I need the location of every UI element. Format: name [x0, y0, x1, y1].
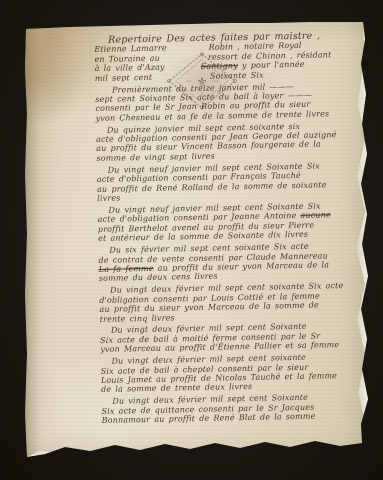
- entry-6: Du vingt deux février mil sept cent soix…: [99, 281, 368, 324]
- scanned-background: ⚜ Repertoire Des actes faites par maistr…: [0, 0, 383, 480]
- header-line-5-right: Soixante Six: [210, 70, 264, 80]
- stamp-gap: [152, 78, 210, 79]
- manuscript-page: ⚜ Repertoire Des actes faites par maistr…: [20, 14, 372, 464]
- stamp-gap: [160, 59, 208, 60]
- entry-5: Du six février mil sept cent soixante Si…: [98, 241, 367, 284]
- entry-9: Du vingt deux février mil sept cent Soix…: [101, 392, 370, 426]
- header-line-5-left: mil sept cent: [95, 72, 152, 82]
- stamp-gap: [167, 50, 209, 51]
- entry-4: Du vingt neuf janvier mil sept cent Soix…: [97, 201, 366, 244]
- stamp-gap: [165, 69, 201, 70]
- entry-2: Du quinze janvier mil sept cent soixante…: [96, 120, 365, 163]
- struck-word: Santigny: [201, 61, 238, 71]
- entry-8: Du vingt deux février mil sept cent soix…: [100, 352, 369, 395]
- header-line-4-right: y pour l'année: [242, 60, 305, 70]
- struck-word: aucune: [300, 211, 331, 221]
- header-block: Repertoire Des actes faites par maistre …: [94, 31, 363, 83]
- entry-7: Du vingt deux février mil sept cent Soix…: [100, 321, 369, 355]
- header-line-4-left: à la ville d'Azay: [95, 63, 165, 73]
- handwritten-text: Repertoire Des actes faites par maistre …: [94, 31, 370, 426]
- entry-3: Du vingt neuf janvier mil sept cent Soix…: [97, 160, 366, 203]
- entry-1: Premièrement du treize janvier mil ——— s…: [95, 80, 364, 123]
- torn-edge-bottom: [26, 445, 368, 458]
